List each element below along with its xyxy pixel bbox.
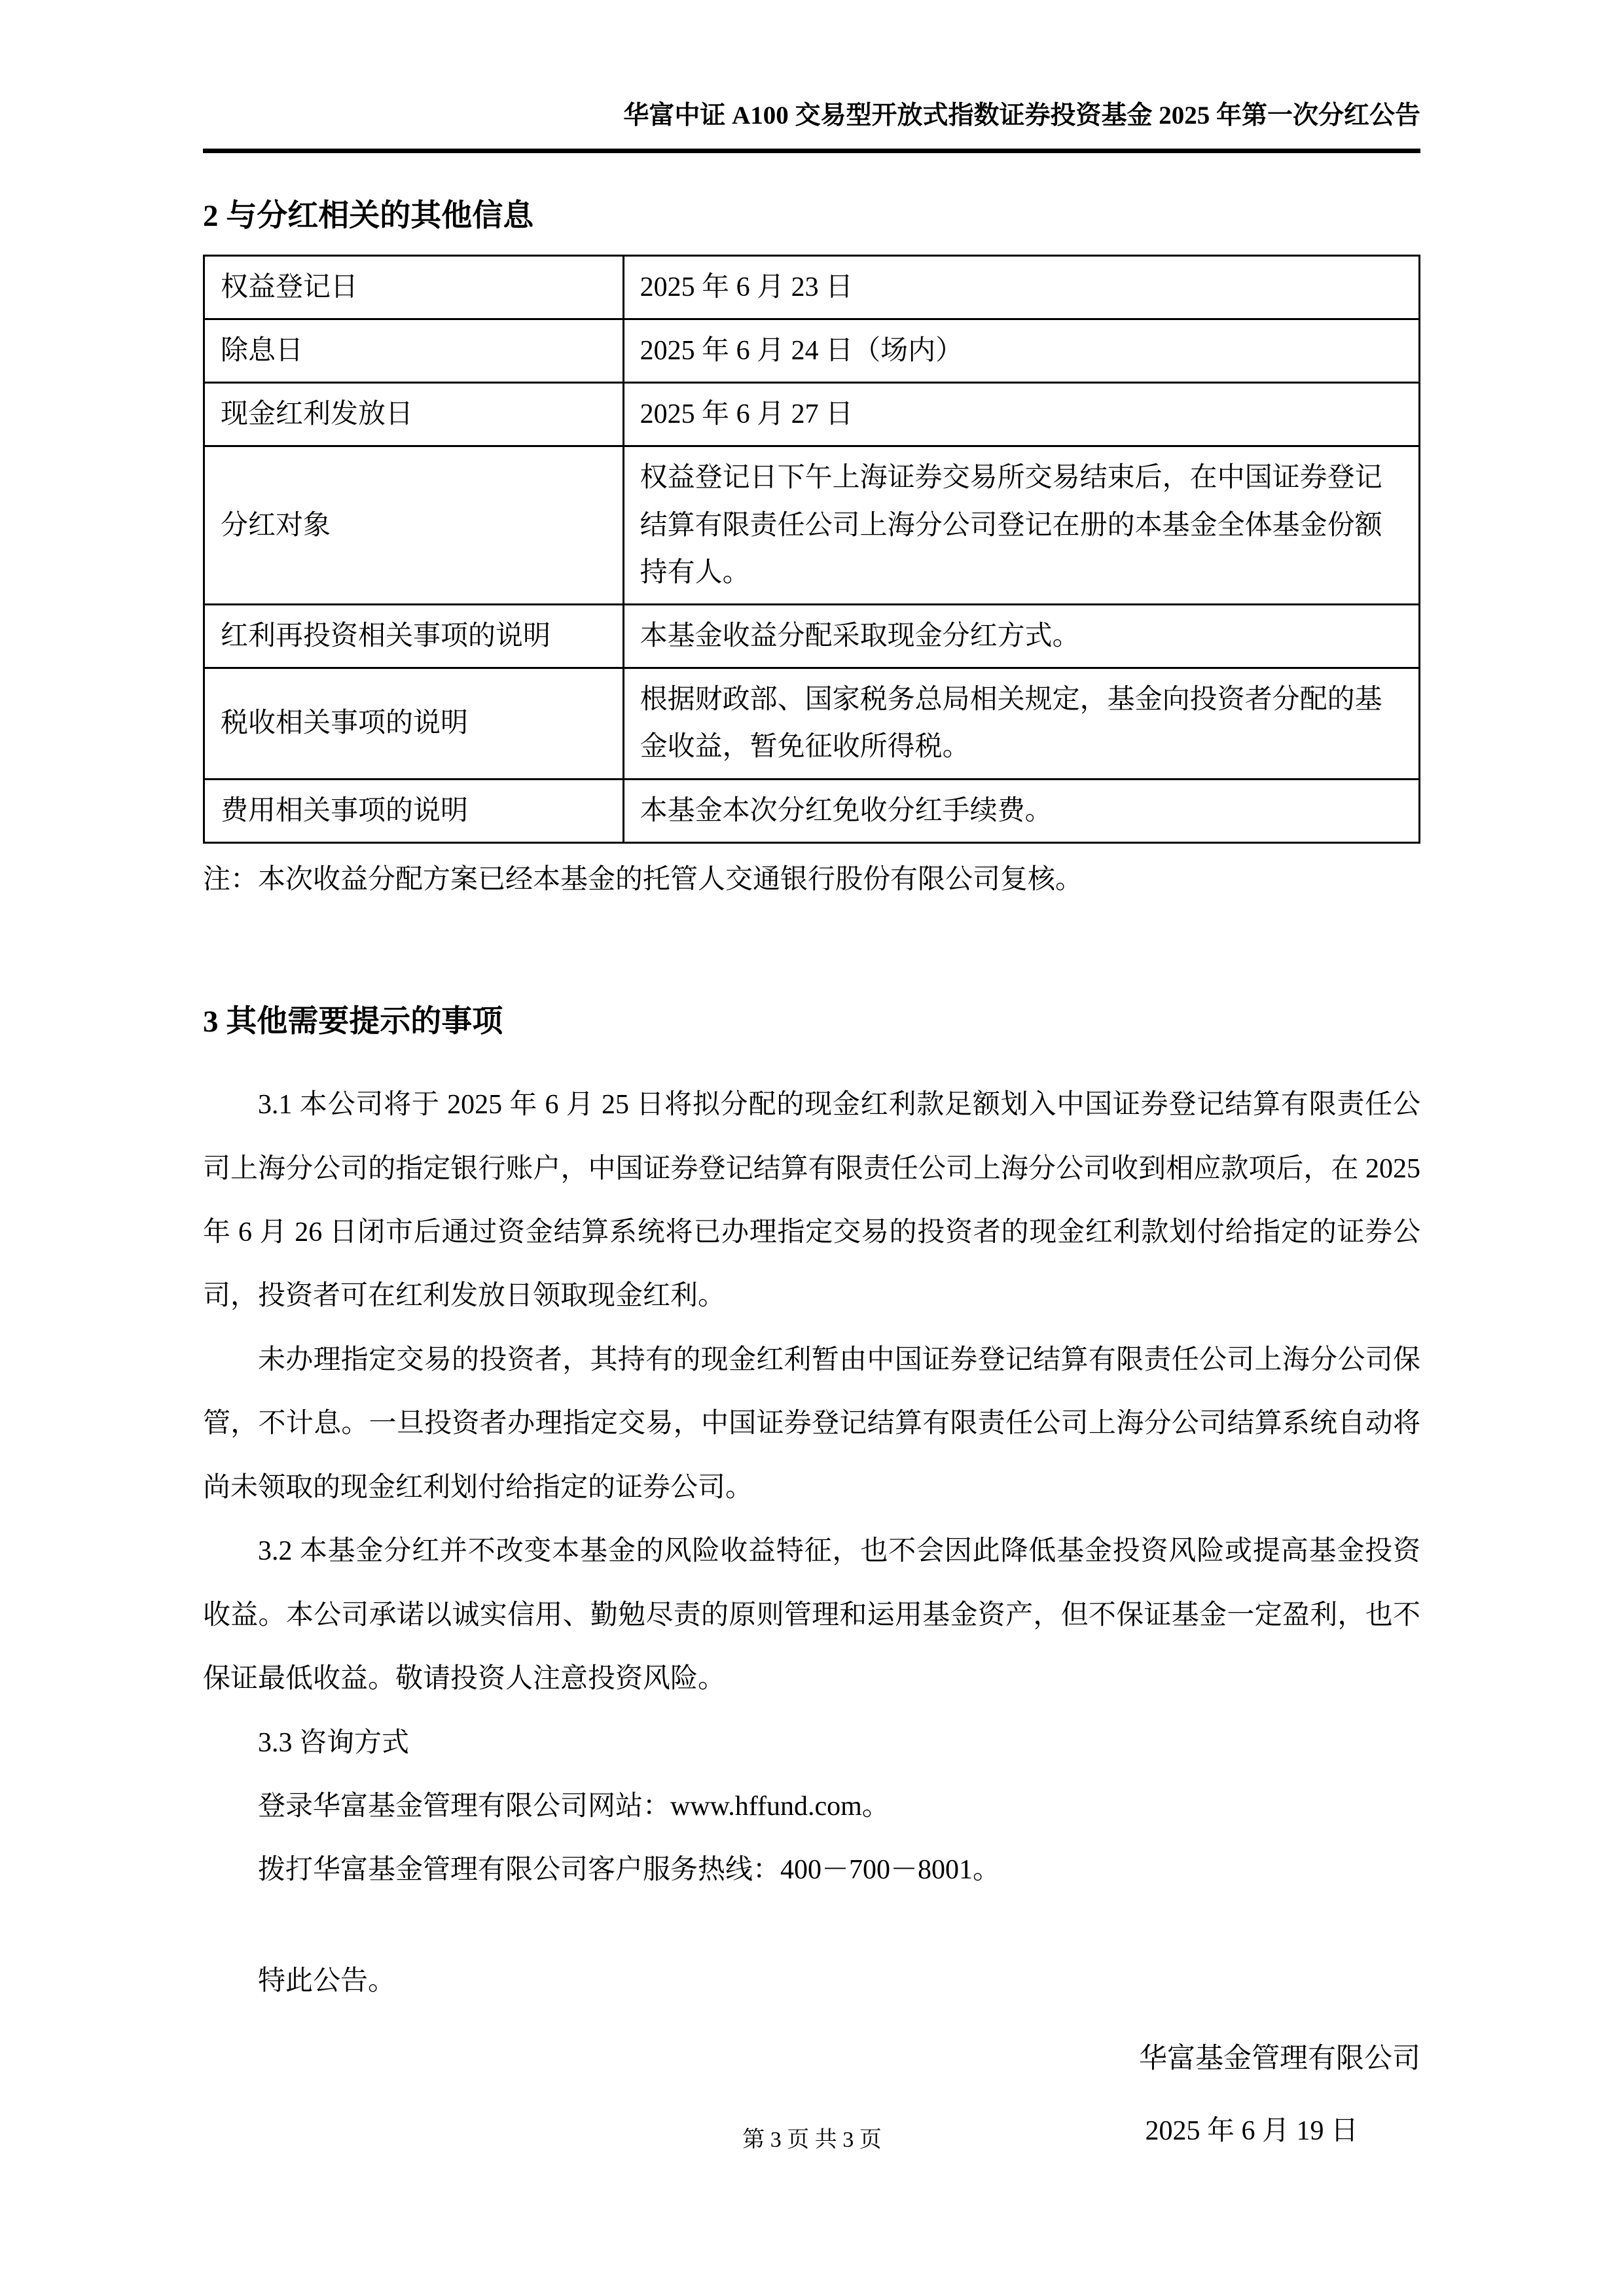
paragraph-3-1: 3.1 本公司将于 2025 年 6 月 25 日将拟分配的现金红利款足额划入中… bbox=[203, 1073, 1420, 1329]
row-value: 2025 年 6 月 27 日 bbox=[623, 383, 1419, 446]
company-signature: 华富基金管理有限公司 bbox=[203, 2037, 1420, 2082]
paragraph-hotline: 拨打华富基金管理有限公司客户服务热线：400－700－8001。 bbox=[203, 1839, 1420, 1902]
row-value: 权益登记日下午上海证券交易所交易结束后，在中国证券登记结算有限责任公司上海分公司… bbox=[623, 446, 1419, 605]
row-label: 除息日 bbox=[204, 319, 624, 382]
table-row: 费用相关事项的说明 本基金本次分红免收分红手续费。 bbox=[204, 779, 1420, 842]
table-row: 现金红利发放日 2025 年 6 月 27 日 bbox=[204, 383, 1420, 446]
row-label: 分红对象 bbox=[204, 446, 624, 605]
row-label: 红利再投资相关事项的说明 bbox=[204, 605, 624, 668]
row-value: 2025 年 6 月 24 日（场内） bbox=[623, 319, 1419, 382]
table-row: 分红对象 权益登记日下午上海证券交易所交易结束后，在中国证券登记结算有限责任公司… bbox=[204, 446, 1420, 605]
row-label: 费用相关事项的说明 bbox=[204, 779, 624, 842]
row-label: 税收相关事项的说明 bbox=[204, 668, 624, 779]
row-value: 根据财政部、国家税务总局相关规定，基金向投资者分配的基金收益，暂免征收所得税。 bbox=[623, 668, 1419, 779]
row-label: 现金红利发放日 bbox=[204, 383, 624, 446]
document-page: 华富中证 A100 交易型开放式指数证券投资基金 2025 年第一次分红公告 2… bbox=[0, 0, 1624, 2296]
section-2-heading: 2 与分红相关的其他信息 bbox=[203, 191, 1420, 235]
paragraph-3-2: 3.2 本基金分红并不改变本基金的风险收益特征，也不会因此降低基金投资风险或提高… bbox=[203, 1520, 1420, 1711]
section-3-heading: 3 其他需要提示的事项 bbox=[203, 997, 1420, 1041]
closing-statement: 特此公告。 bbox=[203, 1950, 1420, 2013]
row-value: 本基金本次分红免收分红手续费。 bbox=[623, 779, 1419, 842]
document-header-title: 华富中证 A100 交易型开放式指数证券投资基金 2025 年第一次分红公告 bbox=[203, 98, 1420, 153]
paragraph-unregistered-investors: 未办理指定交易的投资者，其持有的现金红利暂由中国证券登记结算有限责任公司上海分公… bbox=[203, 1329, 1420, 1520]
paragraph-3-3-heading: 3.3 咨询方式 bbox=[203, 1712, 1420, 1775]
table-row: 红利再投资相关事项的说明 本基金收益分配采取现金分红方式。 bbox=[204, 605, 1420, 668]
dividend-info-table: 权益登记日 2025 年 6 月 23 日 除息日 2025 年 6 月 24 … bbox=[203, 255, 1420, 844]
page-number: 第 3 页 共 3 页 bbox=[0, 2121, 1624, 2153]
table-row: 权益登记日 2025 年 6 月 23 日 bbox=[204, 255, 1420, 319]
table-row: 税收相关事项的说明 根据财政部、国家税务总局相关规定，基金向投资者分配的基金收益… bbox=[204, 668, 1420, 779]
row-value: 2025 年 6 月 23 日 bbox=[623, 255, 1419, 319]
table-note: 注：本次收益分配方案已经本基金的托管人交通银行股份有限公司复核。 bbox=[203, 858, 1420, 902]
paragraph-website: 登录华富基金管理有限公司网站：www.hffund.com。 bbox=[203, 1775, 1420, 1839]
row-label: 权益登记日 bbox=[204, 255, 624, 319]
row-value: 本基金收益分配采取现金分红方式。 bbox=[623, 605, 1419, 668]
table-row: 除息日 2025 年 6 月 24 日（场内） bbox=[204, 319, 1420, 382]
